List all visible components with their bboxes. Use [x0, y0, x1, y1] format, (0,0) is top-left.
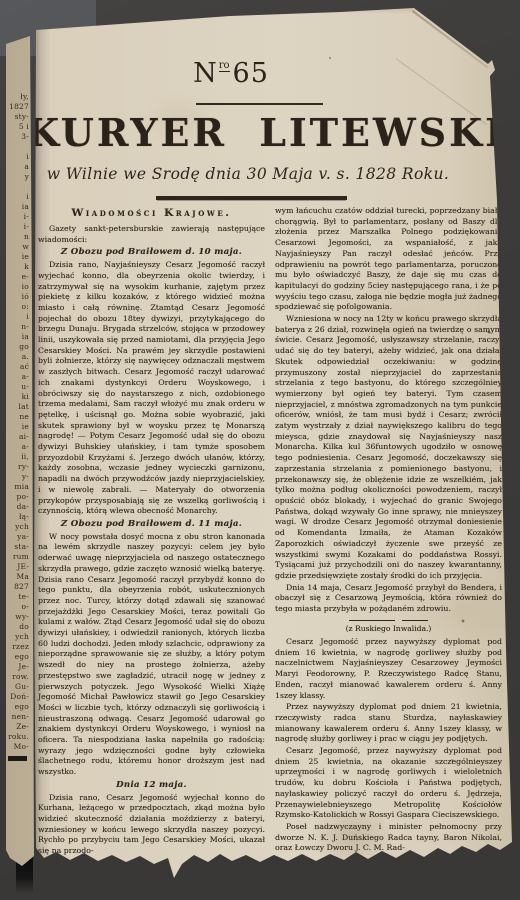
issue-number: Nro65 [0, 58, 462, 89]
newspaper-para: Dzisia rano, Cesarz Jegomość wyjechał ko… [38, 793, 265, 857]
margin-fragment: ai- [4, 432, 29, 442]
margin-rule-fragment [8, 756, 27, 761]
margin-fragment: i- [4, 212, 29, 222]
margin-fragment: i [4, 152, 29, 162]
margin-fragment: Ze- [4, 722, 29, 732]
newspaper-para: Gazety sankt-petersburskie zawierają nas… [38, 224, 265, 245]
margin-fragment: k [4, 262, 29, 272]
margin-fragment: nen- [4, 712, 29, 722]
margin-fragment: o: [4, 302, 29, 312]
margin-fragment: ia [4, 202, 29, 212]
margin-fragment: w [4, 242, 29, 252]
margin-fragment: n [4, 232, 29, 242]
margin-fragment: sta- [4, 542, 29, 552]
margin-fragment: lat [4, 402, 29, 412]
margin-fragment: ego [4, 702, 29, 712]
margin-fragment: go [4, 342, 29, 352]
margin-fragment: da- [4, 502, 29, 512]
margin-fragment: 1827 [4, 102, 29, 112]
margin-fragment: row. [4, 672, 29, 682]
issue-prefix: N [193, 58, 218, 89]
margin-fragment: 3- [4, 132, 29, 142]
margin-fragment: ii, [4, 452, 29, 462]
newspaper-title: KURYER LITEWSKI [26, 110, 506, 155]
margin-fragment: Je- [4, 662, 29, 672]
margin-fragment: a- [4, 372, 29, 382]
margin-fragment: te- [4, 592, 29, 602]
newspaper-page: Nro65 KURYER LITEWSKI w Wilnie we Srodę … [0, 0, 520, 900]
margin-fragment: ie [4, 252, 29, 262]
column-left: Wiadomości Krajowe.Gazety sankt-petersbu… [38, 206, 265, 858]
newspaper-para: Dzisia rano, Nayjaśnieyszy Cesarz Jegomo… [38, 260, 265, 517]
margin-fragment: ki [4, 392, 29, 402]
newspaper-para: Przez naywyższy dyplomat pod dniem 21 kw… [275, 702, 502, 745]
masthead-rule-thin [196, 103, 323, 105]
margin-fragment: n- [4, 322, 29, 332]
margin-fragment: sty- [4, 112, 29, 122]
newspaper-note: (z Ruskiego Inwalida.) [275, 624, 502, 635]
issue-value: 65 [233, 58, 269, 89]
margin-fragment-list: ły,1827sty-5 i3-iayiiai-i-nwieke-ioióo:i… [4, 92, 29, 752]
margin-fragment: ie [4, 422, 29, 432]
masthead-rule-thick [156, 196, 347, 200]
margin-fragment: a- [4, 442, 29, 452]
margin-fragment: 5 i [4, 122, 29, 132]
column-right: wym łańcuchu czatów oddział turecki, pop… [275, 206, 502, 858]
margin-fragment: ły, [4, 92, 29, 102]
column-divider-rule [275, 620, 502, 622]
newspaper-para: W nocy powstała dosyć mocna z obu stron … [38, 532, 265, 778]
margin-fragment: ych [4, 632, 29, 642]
margin-fragment: ać [4, 362, 29, 372]
newspaper-heading: Dnia 12 maja. [38, 780, 265, 791]
margin-fragment: wy- [4, 612, 29, 622]
newspaper-heading: Z Obozu pod Braiłowem d. 10 maja. [38, 247, 265, 258]
margin-fragment: u- [4, 382, 29, 392]
margin-fragment: ia [4, 332, 29, 342]
margin-fragment: a. [4, 352, 29, 362]
margin-fragment: a [4, 162, 29, 172]
margin-fragment: Mo- [4, 742, 29, 752]
margin-fragment: ne [4, 412, 29, 422]
margin-fragment: Ma [4, 572, 29, 582]
issue-superscript: ro [219, 60, 230, 72]
newspaper-para-cont: wym łańcuchu czatów oddział turecki, pop… [275, 206, 502, 313]
margin-fragment: rzez [4, 642, 29, 652]
margin-fragment: Gu- [4, 682, 29, 692]
text-columns: Wiadomości Krajowe.Gazety sankt-petersbu… [38, 206, 502, 858]
newspaper-section-title: Wiadomości Krajowe. [38, 207, 265, 220]
margin-fragment: o- [4, 602, 29, 612]
margin-fragment: i [4, 312, 29, 322]
margin-fragment: y- [4, 472, 29, 482]
margin-fragment: io [4, 282, 29, 292]
newspaper-para: Dnia 14 maja, Cesarz Jegomość przybył do… [275, 583, 502, 615]
margin-fragment [4, 182, 29, 192]
newspaper-para: Cesarz Jegomość przez naywyższy dyplomat… [275, 637, 502, 701]
margin-fragment: Doń- [4, 692, 29, 702]
newspaper-para: Cesarz Jegomość, przez naywyższy dyploma… [275, 746, 502, 821]
newspaper-para: Wzniesiona w nocy na 12ty w końcu praweg… [275, 314, 502, 582]
dateline: w Wilnie we Srodę dnia 30 Maja v. s. 182… [0, 165, 496, 183]
margin-fragment: ych [4, 522, 29, 532]
newspaper-heading: Z Obozu pod Braiłowem d. 11 maja. [38, 519, 265, 530]
margin-fragment: y [4, 172, 29, 182]
margin-fragment: łą- [4, 512, 29, 522]
margin-fragment: ya- [4, 532, 29, 542]
margin-fragment: mia [4, 482, 29, 492]
margin-fragment: do [4, 622, 29, 632]
margin-fragment: e- [4, 272, 29, 282]
margin-fragment: i [4, 192, 29, 202]
margin-fragment: po- [4, 492, 29, 502]
margin-fragment: i- [4, 222, 29, 232]
margin-fragment: 827 [4, 582, 29, 592]
scan-scene: ły,1827sty-5 i3-iayiiai-i-nwieke-ioióo:i… [0, 0, 520, 900]
margin-fragment: ego [4, 652, 29, 662]
margin-fragment: ry- [4, 462, 29, 472]
margin-fragment: JE- [4, 562, 29, 572]
margin-fragment [4, 142, 29, 152]
margin-fragment: roku. [4, 732, 29, 742]
margin-fragment: rum [4, 552, 29, 562]
margin-fragment: ió [4, 292, 29, 302]
